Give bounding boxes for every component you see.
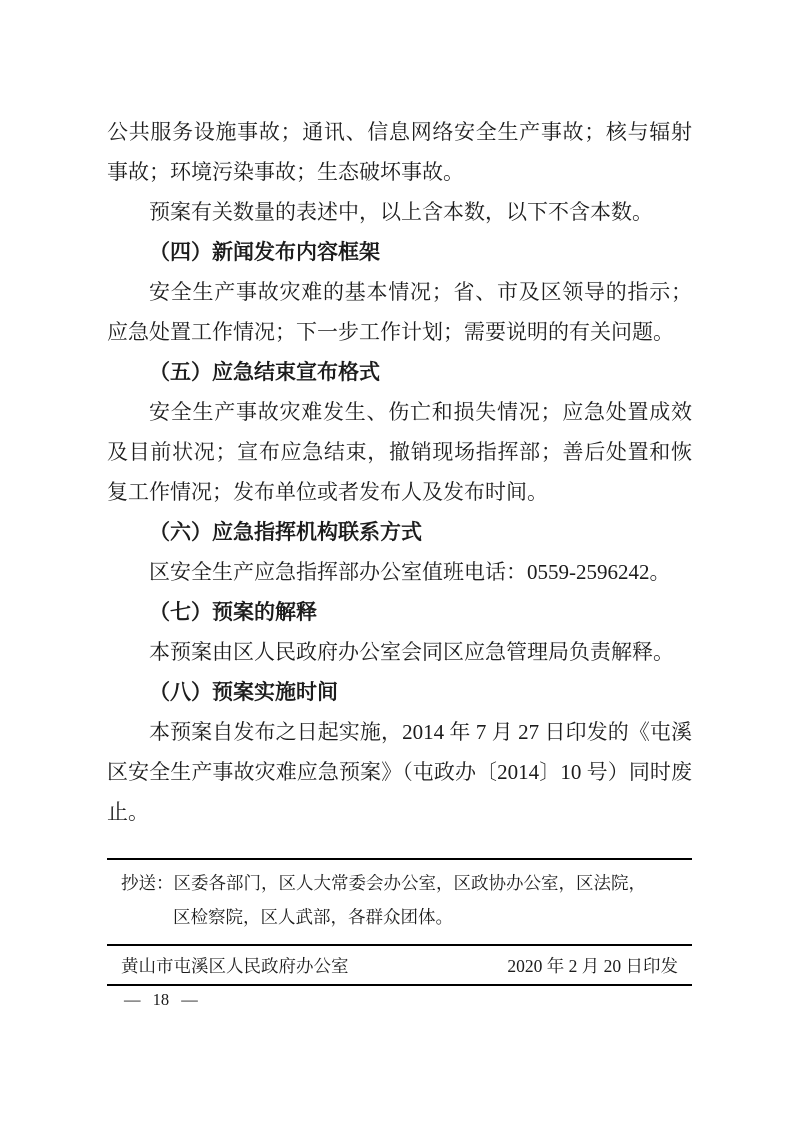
cc-recipients-line2: 区检察院，区人武部，各群众团体。: [121, 900, 682, 934]
section-heading-7: （七）预案的解释: [107, 592, 692, 632]
section-heading-8: （八）预案实施时间: [107, 672, 692, 712]
paragraph: 预案有关数量的表述中，以上含本数，以下不含本数。: [107, 192, 692, 232]
issuing-office: 黄山市屯溪区人民政府办公室: [121, 953, 349, 978]
paragraph: 本预案由区人民政府办公室会同区应急管理局负责解释。: [107, 632, 692, 672]
paragraph: 本预案自发布之日起实施，2014 年 7 月 27 日印发的《屯溪区安全生产事故…: [107, 712, 692, 832]
document-page: 公共服务设施事故；通讯、信息网络安全生产事故；核与辐射事故；环境污染事故；生态破…: [0, 0, 794, 1122]
cc-label: 抄送：: [121, 873, 174, 893]
section-heading-5: （五）应急结束宣布格式: [107, 352, 692, 392]
paragraph: 公共服务设施事故；通讯、信息网络安全生产事故；核与辐射事故；环境污染事故；生态破…: [107, 112, 692, 192]
cc-line: 抄送：区委各部门，区人大常委会办公室，区政协办公室，区法院，: [121, 866, 682, 900]
paragraph: 区安全生产应急指挥部办公室值班电话：0559-2596242。: [107, 552, 692, 592]
document-body: 公共服务设施事故；通讯、信息网络安全生产事故；核与辐射事故；环境污染事故；生态破…: [107, 112, 692, 832]
section-heading-6: （六）应急指挥机构联系方式: [107, 512, 692, 552]
paragraph: 安全生产事故灾难发生、伤亡和损失情况；应急处置成效及目前状况；宣布应急结束，撤销…: [107, 392, 692, 512]
page-number: — 18 —: [124, 990, 198, 1010]
cc-block: 抄送：区委各部门，区人大常委会办公室，区政协办公室，区法院， 区检察院，区人武部…: [107, 858, 692, 946]
document-footer: 抄送：区委各部门，区人大常委会办公室，区政协办公室，区法院， 区检察院，区人武部…: [107, 858, 692, 986]
cc-recipients-line1: 区委各部门，区人大常委会办公室，区政协办公室，区法院，: [174, 873, 647, 893]
paragraph: 安全生产事故灾难的基本情况；省、市及区领导的指示；应急处置工作情况；下一步工作计…: [107, 272, 692, 352]
print-row: 黄山市屯溪区人民政府办公室 2020 年 2 月 20 日印发: [107, 946, 692, 986]
section-heading-4: （四）新闻发布内容框架: [107, 232, 692, 272]
print-date: 2020 年 2 月 20 日印发: [507, 953, 678, 978]
